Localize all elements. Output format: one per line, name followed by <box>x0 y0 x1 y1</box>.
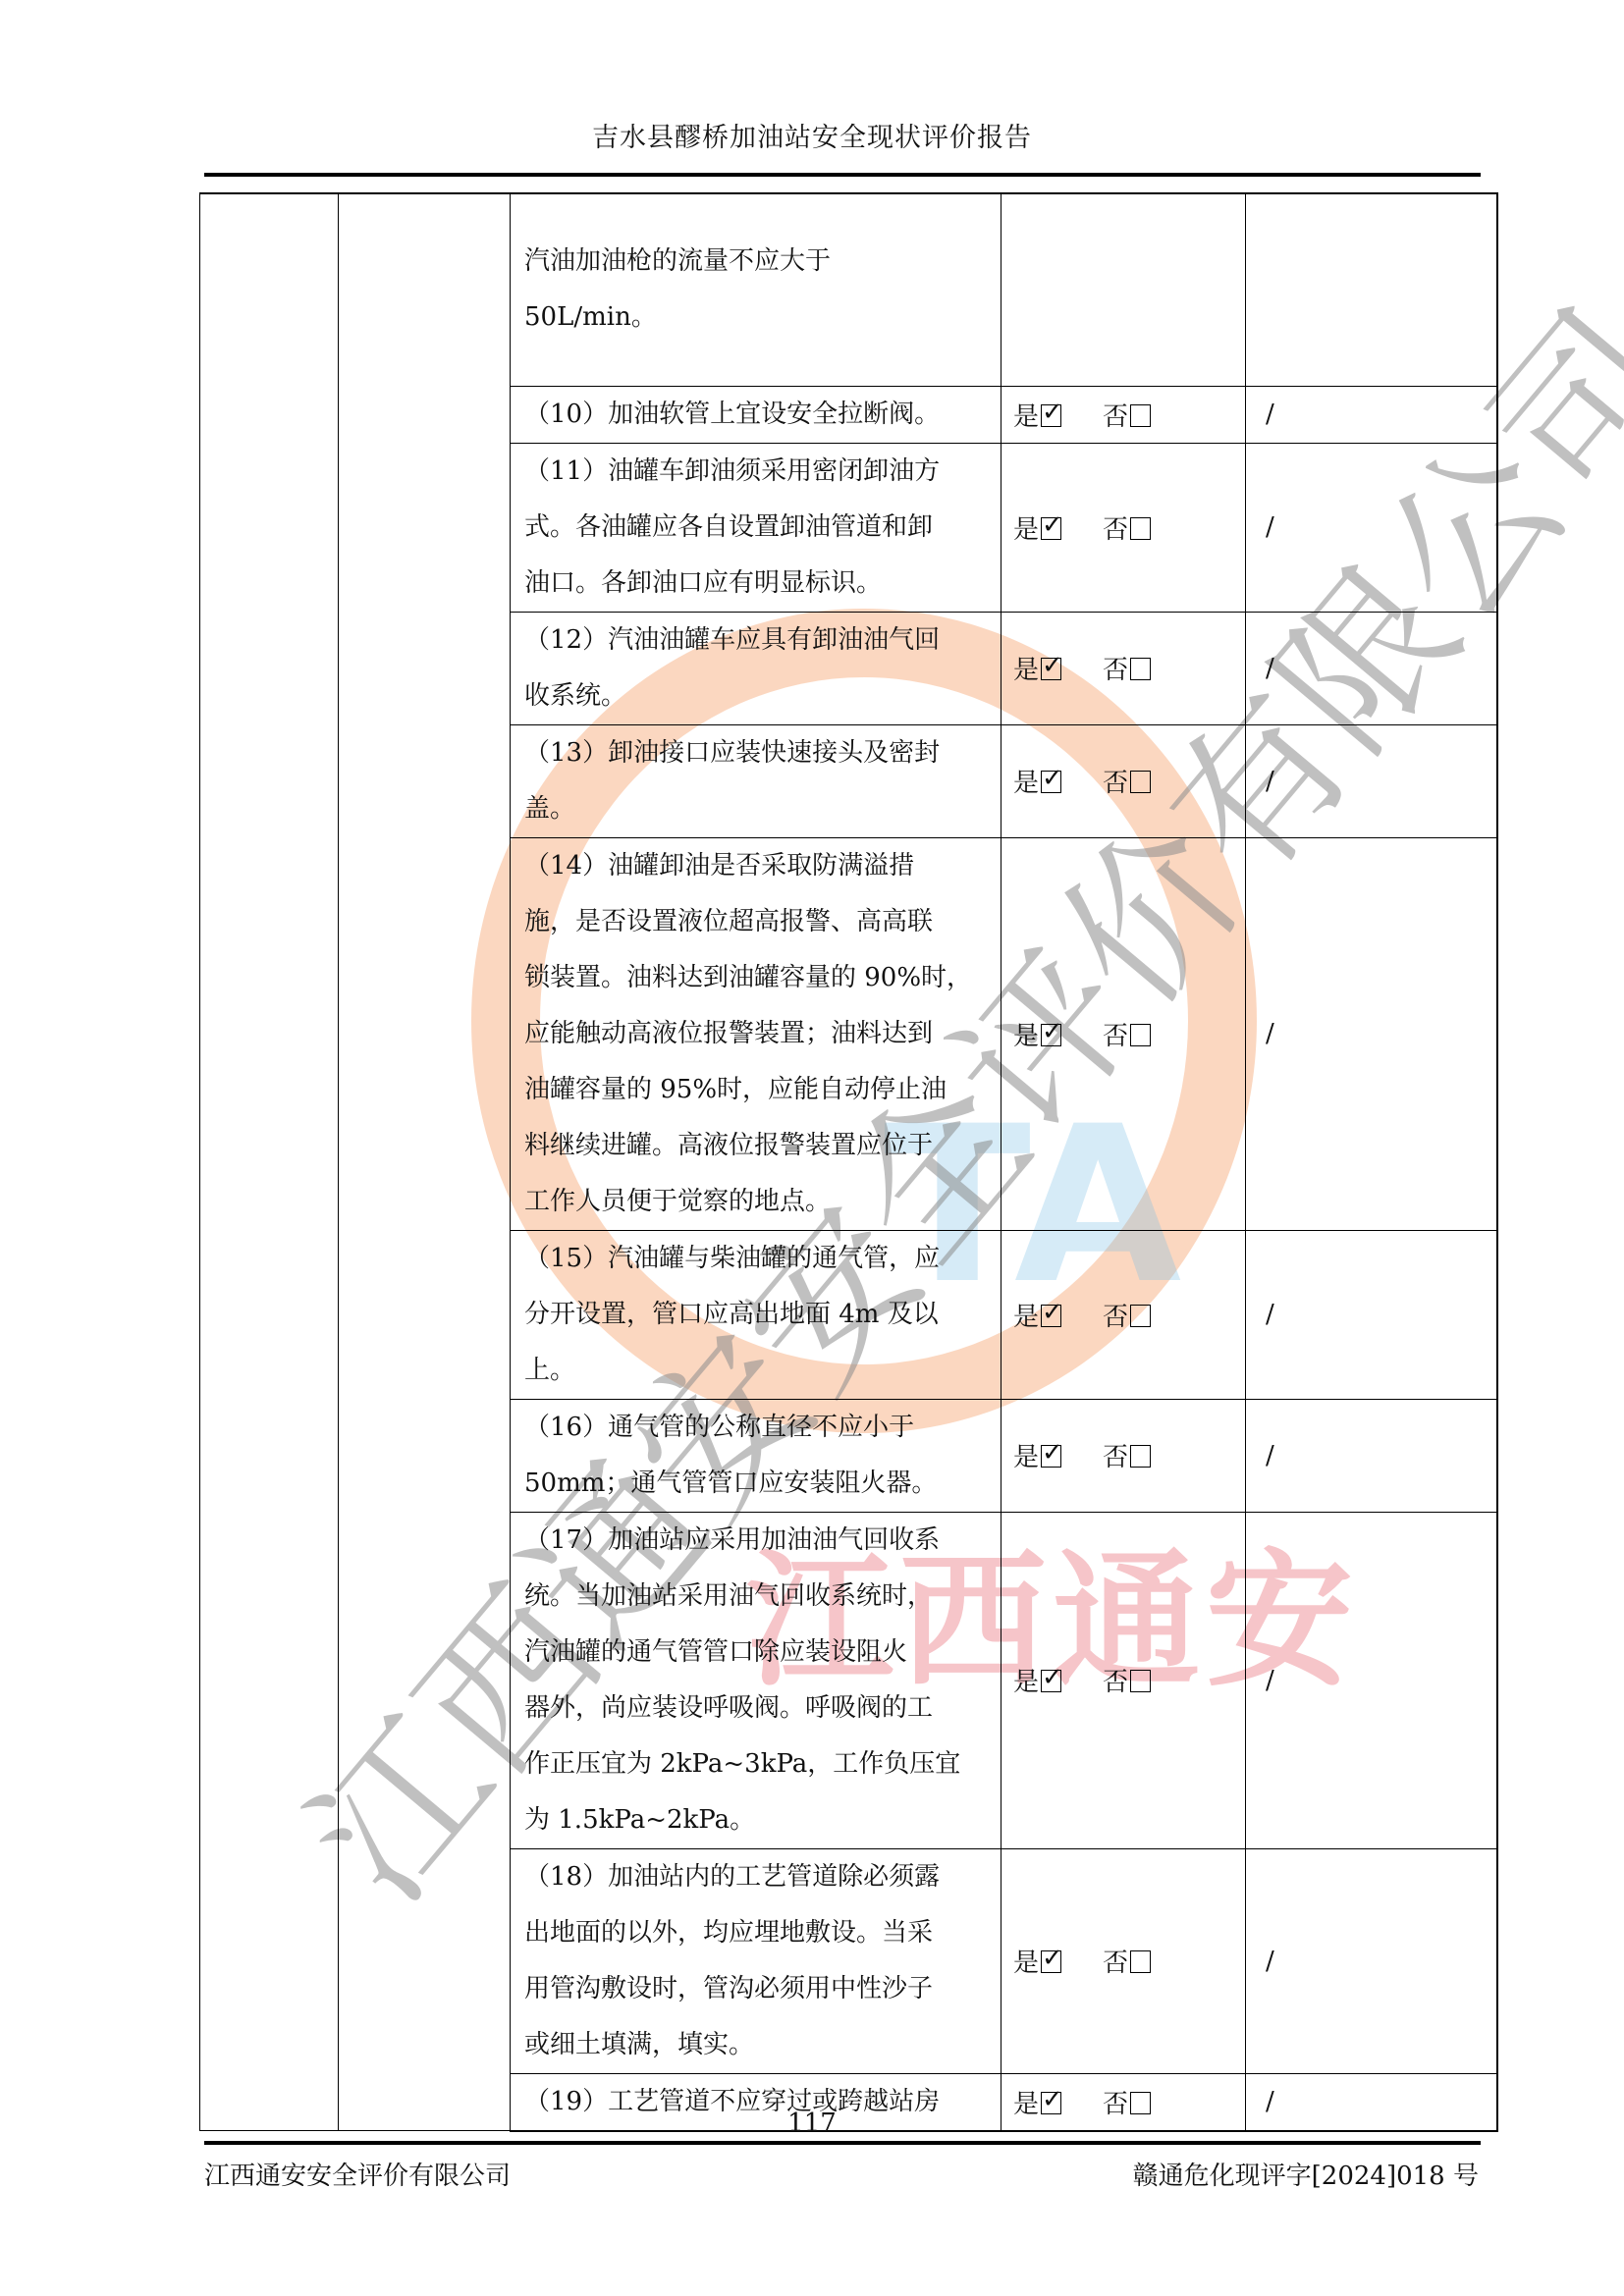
remark-cell: / <box>1246 386 1497 443</box>
requirement-line: 统。当加油站采用油气回收系统时， <box>524 1569 987 1625</box>
checkbox-empty-icon[interactable] <box>1130 1445 1151 1468</box>
no-option[interactable]: 否 <box>1103 509 1151 546</box>
checkbox-checked-icon[interactable] <box>1041 771 1061 793</box>
report-header-title: 吉水县醪桥加油站安全现状评价报告 <box>0 116 1624 154</box>
header-divider <box>204 173 1481 177</box>
remark-cell: / <box>1246 724 1497 837</box>
compliance-cell: 是否 <box>1001 386 1246 443</box>
page-number: 117 <box>0 2109 1624 2138</box>
no-label: 否 <box>1103 1443 1128 1472</box>
yes-option[interactable]: 是 <box>1013 650 1061 686</box>
checkbox-empty-icon[interactable] <box>1130 771 1151 793</box>
requirement-cell: （17）加油站应采用加油油气回收系统。当加油站采用油气回收系统时，汽油罐的通气管… <box>511 1512 1001 1848</box>
remark-cell: / <box>1246 1848 1497 2073</box>
requirement-line: 油罐容量的 95%时，应能自动停止油 <box>524 1062 987 1118</box>
checkbox-checked-icon[interactable] <box>1041 517 1061 540</box>
yes-option[interactable]: 是 <box>1013 1943 1061 1979</box>
requirement-cell: （13）卸油接口应装快速接头及密封盖。 <box>511 724 1001 837</box>
yes-label: 是 <box>1013 656 1039 685</box>
no-option[interactable]: 否 <box>1103 1437 1151 1473</box>
requirement-line: （18）加油站内的工艺管道除必须露 <box>524 1849 987 1905</box>
remark-cell: / <box>1246 837 1497 1230</box>
remark-cell: / <box>1246 612 1497 724</box>
requirement-line: 汽油加油枪的流量不应大于 <box>524 234 987 290</box>
requirement-line: 器外，尚应装设呼吸阀。呼吸阀的工 <box>524 1681 987 1736</box>
compliance-cell: 是否 <box>1001 612 1246 724</box>
compliance-cell: 是否 <box>1001 837 1246 1230</box>
remark-cell: / <box>1246 1230 1497 1399</box>
requirement-line: 锁装置。油料达到油罐容量的 90%时， <box>524 950 987 1006</box>
yes-option[interactable]: 是 <box>1013 1297 1061 1333</box>
requirement-cell: 汽油加油枪的流量不应大于50L/min。 <box>511 193 1001 386</box>
yes-option[interactable]: 是 <box>1013 1662 1061 1698</box>
no-label: 否 <box>1103 515 1128 545</box>
yes-label: 是 <box>1013 1443 1039 1472</box>
footer-doc-number: 赣通危化现评字[2024]018 号 <box>1133 2156 1479 2192</box>
checkbox-empty-icon[interactable] <box>1130 1305 1151 1327</box>
requirement-line: （11）油罐车卸油须采用密闭卸油方 <box>524 444 987 500</box>
no-option[interactable]: 否 <box>1103 1016 1151 1052</box>
requirement-line: 分开设置，管口应高出地面 4m 及以 <box>524 1287 987 1343</box>
checkbox-checked-icon[interactable] <box>1041 658 1061 680</box>
yes-label: 是 <box>1013 1949 1039 1978</box>
requirement-line: 油口。各卸油口应有明显标识。 <box>524 556 987 612</box>
remark-cell <box>1246 193 1497 386</box>
remark-cell: / <box>1246 443 1497 612</box>
requirement-line: （12）汽油油罐车应具有卸油油气回 <box>524 613 987 668</box>
category-cell <box>200 193 339 2131</box>
requirement-line: 用管沟敷设时，管沟必须用中性沙子 <box>524 1961 987 2017</box>
requirement-line: 为 1.5kPa~2kPa。 <box>524 1792 987 1848</box>
no-label: 否 <box>1103 1303 1128 1332</box>
requirement-line: （17）加油站应采用加油油气回收系 <box>524 1513 987 1569</box>
footer-divider <box>204 2141 1481 2145</box>
requirement-line: 工作人员便于觉察的地点。 <box>524 1174 987 1230</box>
requirement-line: 50L/min。 <box>524 290 987 346</box>
no-option[interactable]: 否 <box>1103 1943 1151 1979</box>
yes-option[interactable]: 是 <box>1013 763 1061 799</box>
yes-option[interactable]: 是 <box>1013 509 1061 546</box>
checkbox-checked-icon[interactable] <box>1041 1305 1061 1327</box>
no-option[interactable]: 否 <box>1103 763 1151 799</box>
requirement-line: （16）通气管的公称直径不应小于 <box>524 1400 987 1456</box>
requirement-line: 收系统。 <box>524 668 987 724</box>
checkbox-checked-icon[interactable] <box>1041 1024 1061 1046</box>
no-option[interactable]: 否 <box>1103 650 1151 686</box>
yes-label: 是 <box>1013 1022 1039 1051</box>
requirement-line: 50mm；通气管管口应安装阻火器。 <box>524 1456 987 1512</box>
checkbox-checked-icon[interactable] <box>1041 1950 1061 1973</box>
requirement-cell: （14）油罐卸油是否采取防满溢措施，是否设置液位超高报警、高高联锁装置。油料达到… <box>511 837 1001 1230</box>
checkbox-empty-icon[interactable] <box>1130 404 1151 427</box>
requirement-line: 应能触动高液位报警装置；油料达到 <box>524 1006 987 1062</box>
no-label: 否 <box>1103 1668 1128 1697</box>
compliance-cell: 是否 <box>1001 1230 1246 1399</box>
compliance-cell: 是否 <box>1001 443 1246 612</box>
footer-company: 江西通安安全评价有限公司 <box>204 2156 511 2192</box>
no-label: 否 <box>1103 402 1128 432</box>
no-label: 否 <box>1103 769 1128 798</box>
requirement-cell: （12）汽油油罐车应具有卸油油气回收系统。 <box>511 612 1001 724</box>
requirement-cell: （15）汽油罐与柴油罐的通气管，应分开设置，管口应高出地面 4m 及以上。 <box>511 1230 1001 1399</box>
table-row: 汽油加油枪的流量不应大于50L/min。 <box>200 193 1497 386</box>
compliance-cell <box>1001 193 1246 386</box>
requirement-line: 上。 <box>524 1343 987 1399</box>
requirement-line: 料继续进罐。高液位报警装置应位于 <box>524 1118 987 1174</box>
yes-option[interactable]: 是 <box>1013 1437 1061 1473</box>
requirement-line: 汽油罐的通气管管口除应装设阻火 <box>524 1625 987 1681</box>
checkbox-empty-icon[interactable] <box>1130 658 1151 680</box>
requirement-line: 式。各油罐应各自设置卸油管道和卸 <box>524 500 987 556</box>
requirement-line: （14）油罐卸油是否采取防满溢措 <box>524 838 987 894</box>
requirement-line: （13）卸油接口应装快速接头及密封 <box>524 725 987 781</box>
yes-label: 是 <box>1013 1303 1039 1332</box>
yes-option[interactable]: 是 <box>1013 1016 1061 1052</box>
no-option[interactable]: 否 <box>1103 397 1151 433</box>
yes-label: 是 <box>1013 515 1039 545</box>
requirement-line: 出地面的以外，均应埋地敷设。当采 <box>524 1905 987 1961</box>
requirement-line: （10）加油软管上宜设安全拉断阀。 <box>524 387 987 443</box>
requirement-cell: （18）加油站内的工艺管道除必须露出地面的以外，均应埋地敷设。当采用管沟敷设时，… <box>511 1848 1001 2073</box>
checkbox-empty-icon[interactable] <box>1130 1670 1151 1692</box>
no-label: 否 <box>1103 656 1128 685</box>
yes-label: 是 <box>1013 769 1039 798</box>
compliance-cell: 是否 <box>1001 1512 1246 1848</box>
requirement-line: 盖。 <box>524 781 987 837</box>
requirement-cell: （11）油罐车卸油须采用密闭卸油方式。各油罐应各自设置卸油管道和卸油口。各卸油口… <box>511 443 1001 612</box>
yes-option[interactable]: 是 <box>1013 397 1061 433</box>
no-label: 否 <box>1103 1022 1128 1051</box>
compliance-cell: 是否 <box>1001 724 1246 837</box>
requirement-line: （15）汽油罐与柴油罐的通气管，应 <box>524 1231 987 1287</box>
requirement-line: 施，是否设置液位超高报警、高高联 <box>524 894 987 950</box>
item-cell <box>339 193 511 2131</box>
requirement-cell: （10）加油软管上宜设安全拉断阀。 <box>511 386 1001 443</box>
checkbox-empty-icon[interactable] <box>1130 1950 1151 1973</box>
checklist-table: 汽油加油枪的流量不应大于50L/min。（10）加油软管上宜设安全拉断阀。是否/… <box>199 192 1498 2132</box>
document-page: TA 江西通安 江西通安安全评价有限公司 吉水县醪桥加油站安全现状评价报告 汽油… <box>0 0 1624 2296</box>
checkbox-empty-icon[interactable] <box>1130 1024 1151 1046</box>
checkbox-checked-icon[interactable] <box>1041 404 1061 427</box>
checkbox-empty-icon[interactable] <box>1130 517 1151 540</box>
requirement-line: 作正压宜为 2kPa~3kPa，工作负压宜 <box>524 1736 987 1792</box>
no-option[interactable]: 否 <box>1103 1297 1151 1333</box>
requirement-line: 或细土填满，填实。 <box>524 2017 987 2073</box>
checkbox-checked-icon[interactable] <box>1041 1445 1061 1468</box>
compliance-cell: 是否 <box>1001 1848 1246 2073</box>
remark-cell: / <box>1246 1399 1497 1512</box>
requirement-cell: （16）通气管的公称直径不应小于50mm；通气管管口应安装阻火器。 <box>511 1399 1001 1512</box>
yes-label: 是 <box>1013 1668 1039 1697</box>
no-label: 否 <box>1103 1949 1128 1978</box>
no-option[interactable]: 否 <box>1103 1662 1151 1698</box>
compliance-cell: 是否 <box>1001 1399 1246 1512</box>
yes-label: 是 <box>1013 402 1039 432</box>
remark-cell: / <box>1246 1512 1497 1848</box>
checkbox-checked-icon[interactable] <box>1041 1670 1061 1692</box>
